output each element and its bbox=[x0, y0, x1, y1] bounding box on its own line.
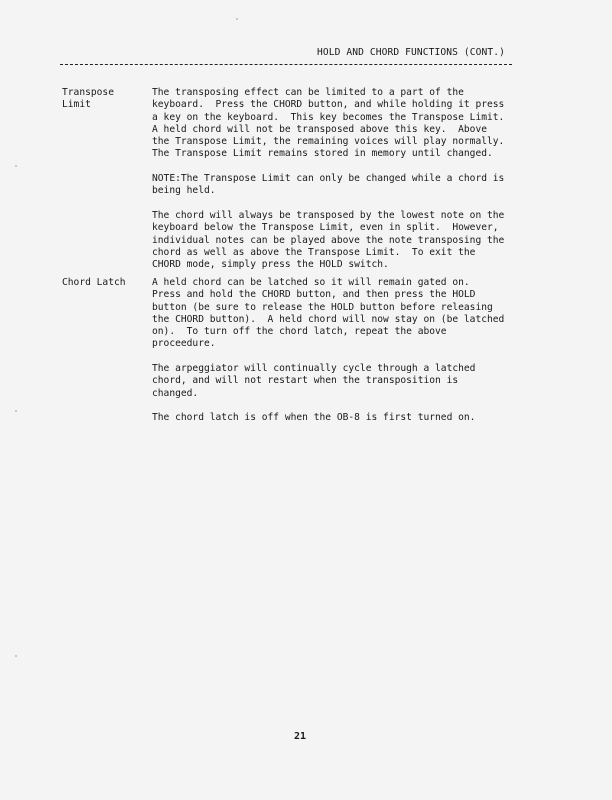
page-header-title: HOLD AND CHORD FUNCTIONS (CONT.) bbox=[317, 47, 505, 58]
paragraph: The transposing effect can be limited to… bbox=[152, 87, 532, 161]
term-line: Transpose bbox=[62, 87, 142, 99]
scan-speck bbox=[15, 410, 17, 412]
scan-speck bbox=[15, 165, 17, 167]
term-line: Limit bbox=[62, 99, 142, 111]
scan-speck bbox=[15, 655, 17, 657]
paragraph: The chord latch is off when the OB-8 is … bbox=[152, 412, 532, 424]
section-body: A held chord can be latched so it will r… bbox=[152, 277, 532, 437]
section-term: Transpose Limit bbox=[62, 87, 142, 112]
note-paragraph: NOTE:The Transpose Limit can only be cha… bbox=[152, 173, 532, 198]
scan-speck bbox=[236, 18, 238, 20]
page-number: 21 bbox=[294, 731, 306, 742]
paragraph: The chord will always be transposed by t… bbox=[152, 210, 532, 271]
header-divider bbox=[60, 64, 512, 65]
term-line: Chord Latch bbox=[62, 277, 142, 289]
paragraph: A held chord can be latched so it will r… bbox=[152, 277, 532, 351]
section-body: The transposing effect can be limited to… bbox=[152, 87, 532, 284]
section-term: Chord Latch bbox=[62, 277, 142, 289]
paragraph: The arpeggiator will continually cycle t… bbox=[152, 363, 532, 400]
